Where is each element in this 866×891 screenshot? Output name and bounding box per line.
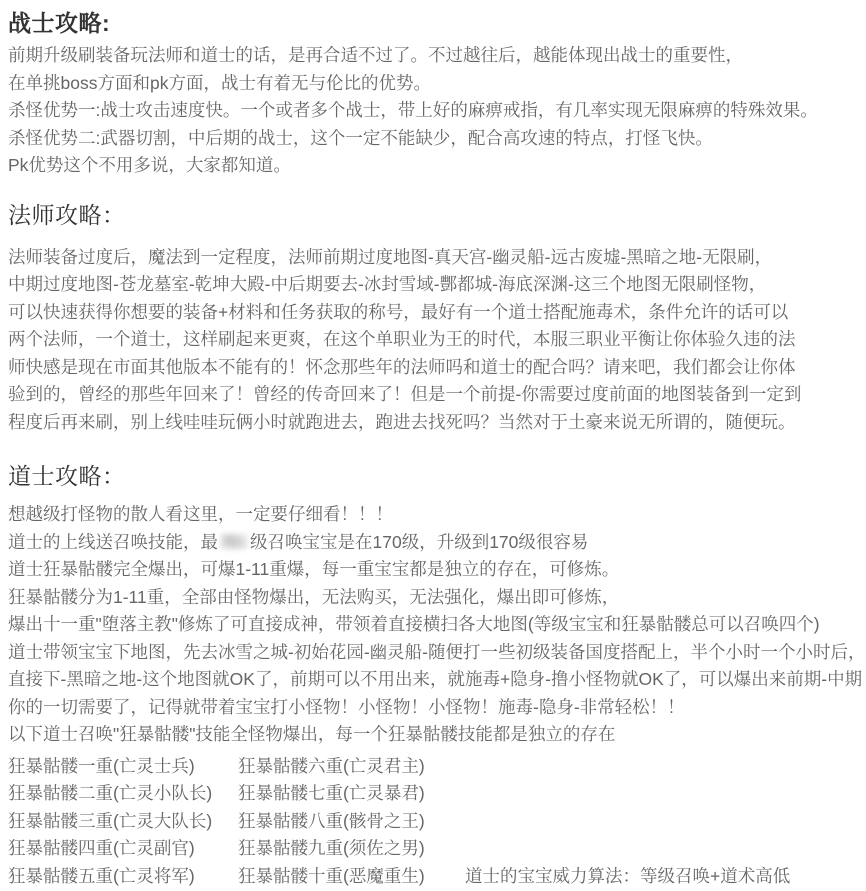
paragraph-line: 爆出十一重"堕落主教"修炼了可直接成神，带领着直接横扫各大地图(等级宝宝和狂暴骷…	[8, 611, 860, 639]
paragraph-line: 杀怪优势二:武器切割，中后期的战士，这个一定不能缺少，配合高攻速的特点，打怪飞快…	[8, 125, 860, 153]
paragraph-line: 两个法师，一个道士，这样刷起来更爽，在这个单职业为王的时代，本服三职业平衡让你体…	[8, 326, 860, 354]
paragraph-line: 前期升级刷装备玩法师和道士的话，是再合适不过了。不过越往后，越能体现出战士的重要…	[8, 42, 860, 70]
paragraph-line: 想越级打怪物的散人看这里，一定要仔细看！！！	[8, 501, 860, 529]
paragraph-line: 在单挑boss方面和pk方面，战士有着无与伦比的优势。	[8, 70, 860, 98]
paragraph-line: 道士狂暴骷髅完全爆出，可爆1-11重爆，每一重宝宝都是独立的存在，可修炼。	[8, 556, 860, 584]
paragraph-line: 验到的，曾经的那些年回来了！曾经的传奇回来了！但是一个前提-你需要过度前面的地图…	[8, 381, 860, 409]
paragraph-line: 道士带领宝宝下地图，先去冰雪之城-初始花园-幽灵船-随便打一些初级装备国度搭配上…	[8, 639, 860, 667]
skeleton-list-row: 狂暴骷髅二重(亡灵小队长) 狂暴骷髅七重(亡灵暴君)	[8, 780, 860, 808]
paragraph-line: 杀怪优势一:战士攻击速度快。一个或者多个战士，带上好的麻痹戒指，有几率实现无限麻…	[8, 97, 860, 125]
skeleton-tier-item: 狂暴骷髅五重(亡灵将军)	[8, 863, 238, 891]
skeleton-tier-item: 狂暴骷髅二重(亡灵小队长)	[8, 780, 238, 808]
paragraph-line: 师快感是现在市面其他版本不能有的！怀念那些年的法师吗和道士的配合吗？请来吧，我们…	[8, 354, 860, 382]
skeleton-list-row: 狂暴骷髅一重(亡灵士兵) 狂暴骷髅六重(亡灵君主)	[8, 753, 860, 781]
paragraph-line: 程度后再来刷，别上线哇哇玩俩小时就跑进去，跑进去找死吗？当然对于土豪来说无所谓的…	[8, 409, 860, 437]
warrior-guide-heading: 战士攻略:	[8, 8, 860, 38]
line-text-before-censor: 道士的上线送召唤技能，最	[8, 532, 218, 552]
skeleton-tier-item: 狂暴骷髅八重(骸骨之王)	[238, 808, 465, 836]
taoist-guide-heading: 道士攻略：	[8, 461, 860, 491]
skeleton-tier-item: 狂暴骷髅十重(恶魔重生)	[238, 863, 465, 891]
paragraph-line: 你的一切需要了，记得就带着宝宝打小怪物！小怪物！小怪物！施毒-隐身-非常轻松！！	[8, 694, 860, 722]
skeleton-tier-item: 狂暴骷髅九重(须佐之男)	[238, 835, 465, 863]
skeleton-tier-item: 狂暴骷髅六重(亡灵君主)	[238, 753, 465, 781]
paragraph-line: 可以快速获得你想要的装备+材料和任务获取的称号，最好有一个道士搭配施毒术，条件允…	[8, 299, 860, 327]
skeleton-list-row: 狂暴骷髅四重(亡灵副官) 狂暴骷髅九重(须佐之男)	[8, 835, 860, 863]
skeleton-tier-item: 狂暴骷髅一重(亡灵士兵)	[8, 753, 238, 781]
skeleton-list-row: 狂暴骷髅三重(亡灵大队长) 狂暴骷髅八重(骸骨之王)	[8, 808, 860, 836]
skeleton-tier-item: 狂暴骷髅四重(亡灵副官)	[8, 835, 238, 863]
paragraph-line: 中期过度地图-苍龙墓室-乾坤大殿-中后期要去-冰封雪域-酆都城-海底深渊-这三个…	[8, 271, 860, 299]
censored-word-blur	[220, 533, 248, 550]
guide-article: 战士攻略: 前期升级刷装备玩法师和道士的话，是再合适不过了。不过越往后，越能体现…	[0, 0, 866, 890]
paragraph-line-with-censor: 道士的上线送召唤技能，最级召唤宝宝是在170级，升级到170级很容易	[8, 529, 860, 557]
warrior-guide-paragraph: 前期升级刷装备玩法师和道士的话，是再合适不过了。不过越往后，越能体现出战士的重要…	[8, 38, 860, 180]
skeleton-list-row: 狂暴骷髅五重(亡灵将军) 狂暴骷髅十重(恶魔重生) 道士的宝宝威力算法：等级召唤…	[8, 863, 860, 891]
skeleton-tier-list: 狂暴骷髅一重(亡灵士兵) 狂暴骷髅六重(亡灵君主) 狂暴骷髅二重(亡灵小队长) …	[8, 753, 860, 891]
skeleton-tier-item: 狂暴骷髅七重(亡灵暴君)	[238, 780, 465, 808]
taoist-guide-paragraph: 想越级打怪物的散人看这里，一定要仔细看！！！ 道士的上线送召唤技能，最级召唤宝宝…	[8, 491, 860, 749]
paragraph-line: 狂暴骷髅分为1-11重，全部由怪物爆出，无法购买，无法强化，爆出即可修炼，	[8, 584, 860, 612]
line-text-after-censor: 级召唤宝宝是在170级，升级到170级很容易	[250, 532, 588, 552]
skeleton-tier-item: 狂暴骷髅三重(亡灵大队长)	[8, 808, 238, 836]
paragraph-line: 直接下-黑暗之地-这个地图就OK了，前期可以不用出来，就施毒+隐身-撸小怪物就O…	[8, 666, 860, 694]
mage-guide-heading: 法师攻略：	[8, 200, 860, 230]
pet-power-note: 道士的宝宝威力算法：等级召唤+道术高低	[465, 863, 790, 891]
paragraph-line: 以下道士召唤"狂暴骷髅"技能全怪物爆出，每一个狂暴骷髅技能都是独立的存在	[8, 721, 860, 749]
paragraph-line: 法师装备过度后，魔法到一定程度，法师前期过度地图-真天宫-幽灵船-远古废墟-黑暗…	[8, 244, 860, 272]
paragraph-line: Pk优势这个不用多说，大家都知道。	[8, 152, 860, 180]
mage-guide-paragraph: 法师装备过度后，魔法到一定程度，法师前期过度地图-真天宫-幽灵船-远古废墟-黑暗…	[8, 230, 860, 437]
